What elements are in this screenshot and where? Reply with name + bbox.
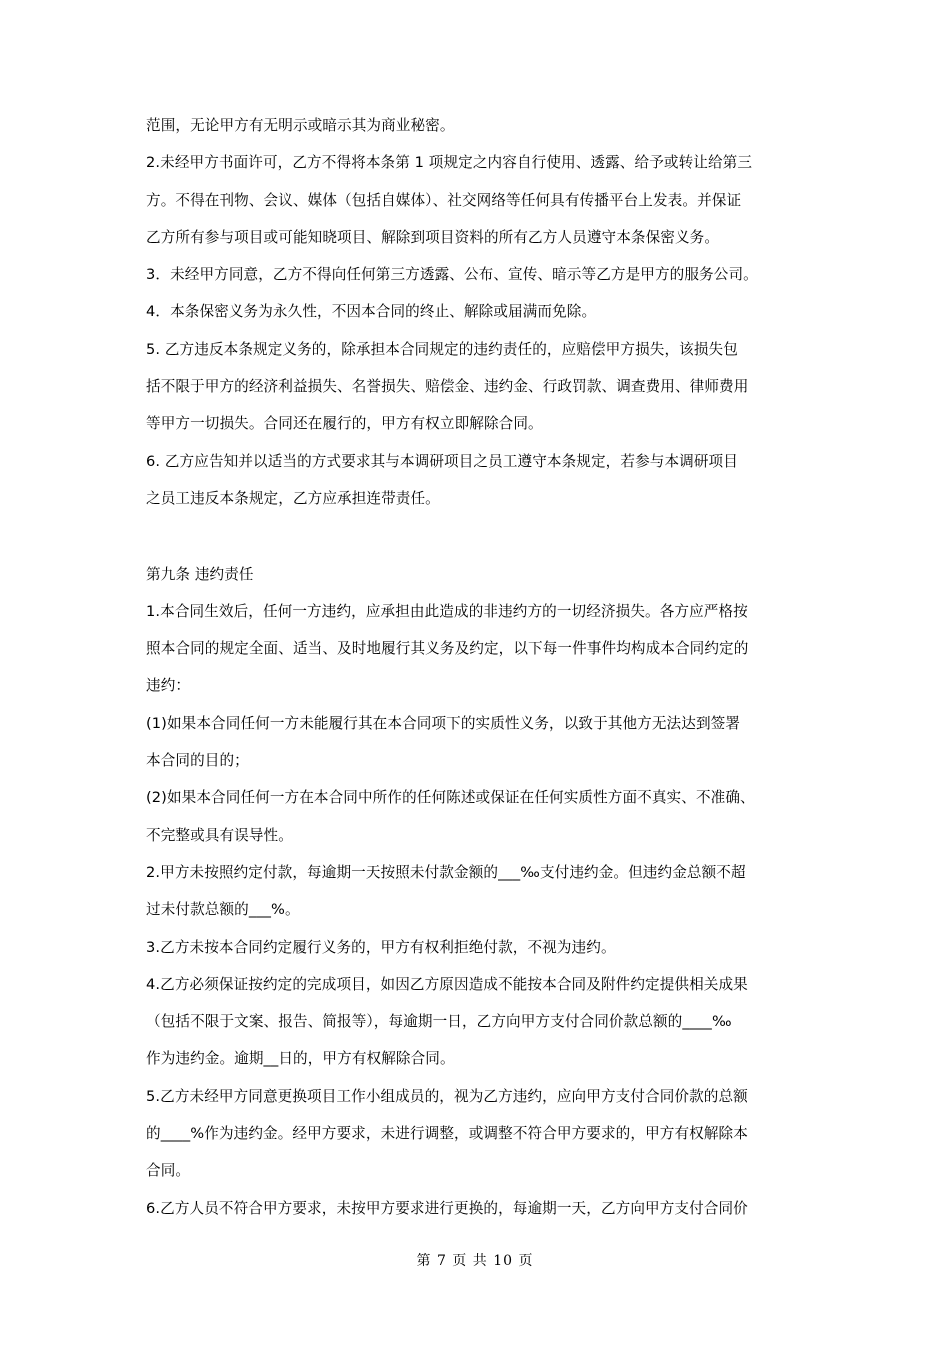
paragraph-line: 4．本条保密义务为永久性，不因本合同的终止、解除或届满而免除。	[146, 293, 806, 330]
paragraph-line: （包括不限于文案、报告、简报等），每逾期一日，乙方向甲方支付合同价款总额的___…	[146, 1003, 806, 1040]
paragraph-line: 1.本合同生效后，任何一方违约，应承担由此造成的非违约方的一切经济损失。各方应严…	[146, 593, 806, 630]
paragraph-line: 照本合同的规定全面、适当、及时地履行其义务及约定，以下每一件事件均构成本合同约定…	[146, 630, 806, 667]
paragraph-line: 作为违约金。逾期__日的，甲方有权解除合同。	[146, 1040, 806, 1077]
paragraph-line: (1)如果本合同任何一方未能履行其在本合同项下的实质性义务，以致于其他方无法达到…	[146, 705, 806, 742]
section-spacer	[146, 517, 806, 555]
paragraph-line: 方。不得在刊物、会议、媒体（包括自媒体）、社交网络等任何具有传播平台上发表。并保…	[146, 182, 806, 219]
paragraph-line: 等甲方一切损失。合同还在履行的，甲方有权立即解除合同。	[146, 405, 806, 442]
paragraph-line: 本合同的目的；	[146, 742, 806, 779]
document-body: 范围，无论甲方有无明示或暗示其为商业秘密。 2.未经甲方书面许可，乙方不得将本条…	[146, 107, 806, 1227]
page-number-label: 第 7 页 共 10 页	[417, 1253, 534, 1269]
paragraph-line: 的____%作为违约金。经甲方要求，未进行调整，或调整不符合甲方要求的，甲方有权…	[146, 1115, 806, 1152]
paragraph-line: 4.乙方必须保证按约定的完成项目，如因乙方原因造成不能按本合同及附件约定提供相关…	[146, 966, 806, 1003]
paragraph-line: 2.未经甲方书面许可，乙方不得将本条第 1 项规定之内容自行使用、透露、给予或转…	[146, 144, 806, 181]
paragraph-line: 3．未经甲方同意，乙方不得向任何第三方透露、公布、宣传、暗示等乙方是甲方的服务公…	[146, 256, 806, 293]
paragraph-line: 范围，无论甲方有无明示或暗示其为商业秘密。	[146, 107, 806, 144]
paragraph-line: 5. 乙方违反本条规定义务的，除承担本合同规定的违约责任的，应赔偿甲方损失，该损…	[146, 331, 806, 368]
paragraph-line: 3.乙方未按本合同约定履行义务的，甲方有权利拒绝付款，不视为违约。	[146, 929, 806, 966]
paragraph-line: (2)如果本合同任何一方在本合同中所作的任何陈述或保证在任何实质性方面不真实、不…	[146, 779, 806, 816]
page-footer: 第 7 页 共 10 页	[0, 1250, 950, 1270]
paragraph-line: 6. 乙方应告知并以适当的方式要求其与本调研项目之员工遵守本条规定，若参与本调研…	[146, 443, 806, 480]
paragraph-line: 合同。	[146, 1152, 806, 1189]
paragraph-line: 2.甲方未按照约定付款，每逾期一天按照未付款金额的___‰支付违约金。但违约金总…	[146, 854, 806, 891]
section-8-continued: 范围，无论甲方有无明示或暗示其为商业秘密。 2.未经甲方书面许可，乙方不得将本条…	[146, 107, 806, 517]
paragraph-line: 6.乙方人员不符合甲方要求，未按甲方要求进行更换的，每逾期一天，乙方向甲方支付合…	[146, 1190, 806, 1227]
paragraph-line: 不完整或具有误导性。	[146, 817, 806, 854]
paragraph-line: 乙方所有参与项目或可能知晓项目、解除到项目资料的所有乙方人员遵守本条保密义务。	[146, 219, 806, 256]
document-page: 范围，无论甲方有无明示或暗示其为商业秘密。 2.未经甲方书面许可，乙方不得将本条…	[0, 0, 950, 1346]
paragraph-line: 5.乙方未经甲方同意更换项目工作小组成员的，视为乙方违约，应向甲方支付合同价款的…	[146, 1078, 806, 1115]
paragraph-line: 过未付款总额的___%。	[146, 891, 806, 928]
paragraph-line: 违约：	[146, 667, 806, 704]
section-heading: 第九条 违约责任	[146, 556, 806, 593]
section-9: 第九条 违约责任 1.本合同生效后，任何一方违约，应承担由此造成的非违约方的一切…	[146, 556, 806, 1227]
paragraph-line: 之员工违反本条规定，乙方应承担连带责任。	[146, 480, 806, 517]
paragraph-line: 括不限于甲方的经济利益损失、名誉损失、赔偿金、违约金、行政罚款、调查费用、律师费…	[146, 368, 806, 405]
